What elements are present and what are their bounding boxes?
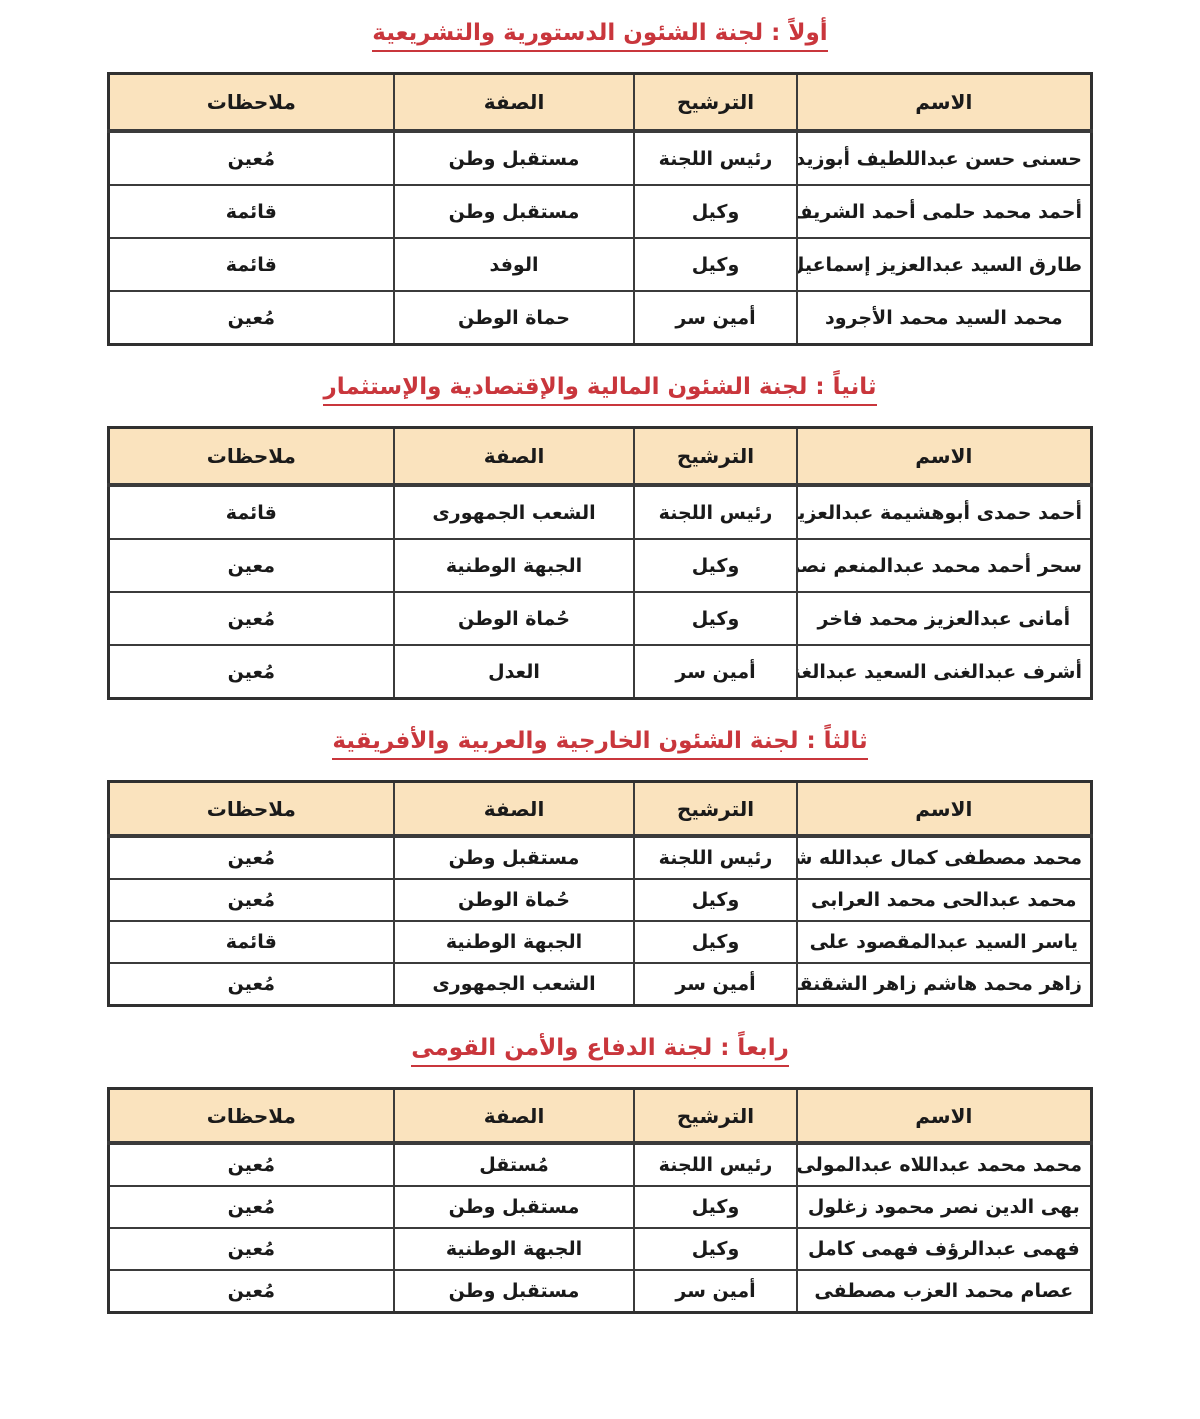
cell-role: الجبهة الوطنية xyxy=(394,539,635,592)
column-header-nomination: الترشيح xyxy=(634,1089,796,1144)
table-row: ياسر السيد عبدالمقصود على وكيل الجبهة ال… xyxy=(109,921,1092,963)
cell-role: مُستقل xyxy=(394,1143,635,1186)
column-header-name: الاسم xyxy=(797,428,1092,486)
cell-notes: مُعين xyxy=(109,1270,394,1313)
header-row: الاسم الترشيح الصفة ملاحظات xyxy=(109,1089,1092,1144)
cell-notes: مُعين xyxy=(109,645,394,699)
column-header-notes: ملاحظات xyxy=(109,428,394,486)
table-row: زاهر محمد هاشم زاهر الشقنقيرى أمين سر ال… xyxy=(109,963,1092,1006)
committee-table: الاسم الترشيح الصفة ملاحظات حسنى حسن عبد… xyxy=(107,72,1093,346)
cell-role: الوفد xyxy=(394,238,635,291)
table-row: أشرف عبدالغنى السعيد عبدالغنى أمين سر ال… xyxy=(109,645,1092,699)
cell-role: العدل xyxy=(394,645,635,699)
cell-notes: قائمة xyxy=(109,921,394,963)
cell-role: حُماة الوطن xyxy=(394,592,635,645)
column-header-role: الصفة xyxy=(394,428,635,486)
column-header-name: الاسم xyxy=(797,782,1092,837)
table-row: سحر أحمد محمد عبدالمنعم نصر وكيل الجبهة … xyxy=(109,539,1092,592)
cell-name: عصام محمد العزب مصطفى xyxy=(797,1270,1092,1313)
header-row: الاسم الترشيح الصفة ملاحظات xyxy=(109,782,1092,837)
cell-nomination: وكيل xyxy=(634,185,796,238)
table-row: محمد عبدالحى محمد العرابى وكيل حُماة الو… xyxy=(109,879,1092,921)
cell-notes: مُعين xyxy=(109,1143,394,1186)
table-row: محمد مصطفى كمال عبدالله شهده رئيس اللجنة… xyxy=(109,836,1092,879)
section-title: ثانياً : لجنة الشئون المالية والإقتصادية… xyxy=(0,374,1200,400)
section-title-text: رابعاً : لجنة الدفاع والأمن القومى xyxy=(411,1035,789,1067)
cell-name: زاهر محمد هاشم زاهر الشقنقيرى xyxy=(797,963,1092,1006)
column-header-role: الصفة xyxy=(394,1089,635,1144)
column-header-nomination: الترشيح xyxy=(634,74,796,132)
cell-nomination: وكيل xyxy=(634,592,796,645)
table-row: فهمى عبدالرؤف فهمى كامل وكيل الجبهة الوط… xyxy=(109,1228,1092,1270)
table-row: عصام محمد العزب مصطفى أمين سر مستقبل وطن… xyxy=(109,1270,1092,1313)
cell-nomination: وكيل xyxy=(634,539,796,592)
cell-role: الشعب الجمهورى xyxy=(394,963,635,1006)
cell-notes: مُعين xyxy=(109,1186,394,1228)
cell-nomination: رئيس اللجنة xyxy=(634,485,796,539)
committee-table: الاسم الترشيح الصفة ملاحظات محمد محمد عب… xyxy=(107,1087,1093,1314)
committee-table: الاسم الترشيح الصفة ملاحظات محمد مصطفى ك… xyxy=(107,780,1093,1007)
cell-nomination: وكيل xyxy=(634,879,796,921)
table-row: حسنى حسن عبداللطيف أبوزيد رئيس اللجنة مس… xyxy=(109,131,1092,185)
cell-notes: قائمة xyxy=(109,238,394,291)
cell-name: حسنى حسن عبداللطيف أبوزيد xyxy=(797,131,1092,185)
cell-role: مستقبل وطن xyxy=(394,131,635,185)
cell-nomination: رئيس اللجنة xyxy=(634,1143,796,1186)
committee-section-foreign: ثالثاً : لجنة الشئون الخارجية والعربية و… xyxy=(0,728,1200,1007)
column-header-nomination: الترشيح xyxy=(634,428,796,486)
cell-name: طارق السيد عبدالعزيز إسماعيل xyxy=(797,238,1092,291)
table-row: طارق السيد عبدالعزيز إسماعيل وكيل الوفد … xyxy=(109,238,1092,291)
table-row: أحمد حمدى أبوهشيمة عبدالعزيز رئيس اللجنة… xyxy=(109,485,1092,539)
cell-notes: مُعين xyxy=(109,963,394,1006)
cell-role: مستقبل وطن xyxy=(394,1186,635,1228)
cell-role: مستقبل وطن xyxy=(394,185,635,238)
cell-nomination: وكيل xyxy=(634,238,796,291)
cell-nomination: رئيس اللجنة xyxy=(634,131,796,185)
cell-nomination: أمين سر xyxy=(634,645,796,699)
cell-name: فهمى عبدالرؤف فهمى كامل xyxy=(797,1228,1092,1270)
table-row: محمد محمد عبداللاه عبدالمولى رئيس اللجنة… xyxy=(109,1143,1092,1186)
cell-name: محمد محمد عبداللاه عبدالمولى xyxy=(797,1143,1092,1186)
table-row: محمد السيد محمد الأجرود أمين سر حماة الو… xyxy=(109,291,1092,345)
section-title-text: أولاً : لجنة الشئون الدستورية والتشريعية xyxy=(372,20,827,52)
cell-name: محمد مصطفى كمال عبدالله شهده xyxy=(797,836,1092,879)
committee-table: الاسم الترشيح الصفة ملاحظات أحمد حمدى أب… xyxy=(107,426,1093,700)
table-row: أمانى عبدالعزيز محمد فاخر وكيل حُماة الو… xyxy=(109,592,1092,645)
cell-notes: مُعين xyxy=(109,291,394,345)
committee-section-economic: ثانياً : لجنة الشئون المالية والإقتصادية… xyxy=(0,374,1200,700)
header-row: الاسم الترشيح الصفة ملاحظات xyxy=(109,74,1092,132)
cell-role: الشعب الجمهورى xyxy=(394,485,635,539)
column-header-name: الاسم xyxy=(797,74,1092,132)
column-header-role: الصفة xyxy=(394,782,635,837)
cell-role: مستقبل وطن xyxy=(394,1270,635,1313)
section-title: أولاً : لجنة الشئون الدستورية والتشريعية xyxy=(0,20,1200,46)
column-header-notes: ملاحظات xyxy=(109,782,394,837)
cell-notes: مُعين xyxy=(109,879,394,921)
cell-role: الجبهة الوطنية xyxy=(394,1228,635,1270)
cell-notes: قائمة xyxy=(109,185,394,238)
cell-name: أمانى عبدالعزيز محمد فاخر xyxy=(797,592,1092,645)
cell-notes: مُعين xyxy=(109,836,394,879)
cell-nomination: رئيس اللجنة xyxy=(634,836,796,879)
cell-role: الجبهة الوطنية xyxy=(394,921,635,963)
header-row: الاسم الترشيح الصفة ملاحظات xyxy=(109,428,1092,486)
section-title: ثالثاً : لجنة الشئون الخارجية والعربية و… xyxy=(0,728,1200,754)
cell-notes: مُعين xyxy=(109,592,394,645)
table-row: بهى الدين نصر محمود زغلول وكيل مستقبل وط… xyxy=(109,1186,1092,1228)
cell-name: ياسر السيد عبدالمقصود على xyxy=(797,921,1092,963)
cell-notes: مُعين xyxy=(109,1228,394,1270)
cell-name: أحمد حمدى أبوهشيمة عبدالعزيز xyxy=(797,485,1092,539)
cell-nomination: أمين سر xyxy=(634,1270,796,1313)
table-row: أحمد محمد حلمى أحمد الشريف وكيل مستقبل و… xyxy=(109,185,1092,238)
cell-name: بهى الدين نصر محمود زغلول xyxy=(797,1186,1092,1228)
cell-nomination: وكيل xyxy=(634,921,796,963)
column-header-notes: ملاحظات xyxy=(109,1089,394,1144)
cell-name: سحر أحمد محمد عبدالمنعم نصر xyxy=(797,539,1092,592)
cell-nomination: أمين سر xyxy=(634,963,796,1006)
column-header-nomination: الترشيح xyxy=(634,782,796,837)
cell-role: مستقبل وطن xyxy=(394,836,635,879)
cell-role: حُماة الوطن xyxy=(394,879,635,921)
committee-section-defense: رابعاً : لجنة الدفاع والأمن القومى الاسم… xyxy=(0,1035,1200,1314)
section-title: رابعاً : لجنة الدفاع والأمن القومى xyxy=(0,1035,1200,1061)
column-header-name: الاسم xyxy=(797,1089,1092,1144)
cell-name: محمد عبدالحى محمد العرابى xyxy=(797,879,1092,921)
cell-nomination: وكيل xyxy=(634,1228,796,1270)
cell-name: محمد السيد محمد الأجرود xyxy=(797,291,1092,345)
committee-section-constitutional: أولاً : لجنة الشئون الدستورية والتشريعية… xyxy=(0,20,1200,346)
section-title-text: ثانياً : لجنة الشئون المالية والإقتصادية… xyxy=(323,374,876,406)
cell-name: أحمد محمد حلمى أحمد الشريف xyxy=(797,185,1092,238)
cell-notes: معين xyxy=(109,539,394,592)
section-title-text: ثالثاً : لجنة الشئون الخارجية والعربية و… xyxy=(332,728,867,760)
cell-nomination: أمين سر xyxy=(634,291,796,345)
cell-notes: مُعين xyxy=(109,131,394,185)
cell-nomination: وكيل xyxy=(634,1186,796,1228)
cell-name: أشرف عبدالغنى السعيد عبدالغنى xyxy=(797,645,1092,699)
column-header-notes: ملاحظات xyxy=(109,74,394,132)
column-header-role: الصفة xyxy=(394,74,635,132)
cell-role: حماة الوطن xyxy=(394,291,635,345)
cell-notes: قائمة xyxy=(109,485,394,539)
